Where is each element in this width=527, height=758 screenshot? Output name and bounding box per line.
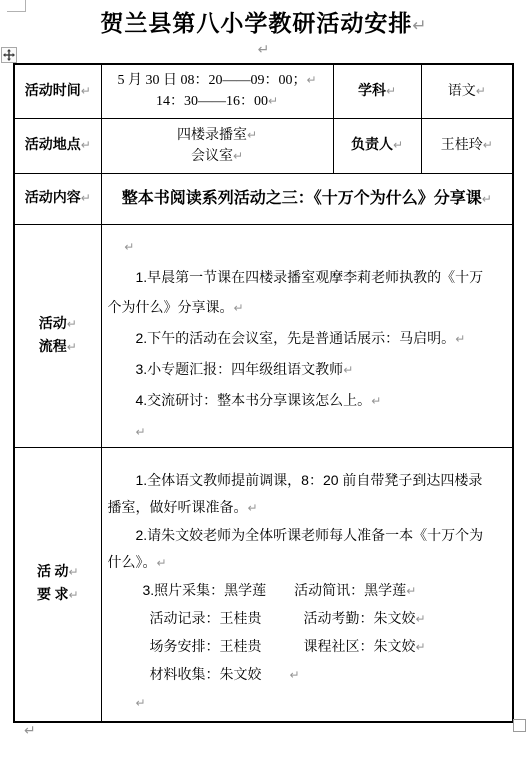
table-row: 活动↵流程↵ ↵1.早晨第一节课在四楼录播室观摩李莉老师执教的《十万个为什么》分… (14, 224, 513, 447)
pilcrow-icon: ↵ (343, 363, 353, 377)
pilcrow-icon: ↵ (67, 340, 77, 354)
text-line: 1.全体语文教师提前调课，8：20 前自带凳子到达四楼录 (108, 467, 507, 494)
activity-schedule-table: 活动时间↵ 5 月 30 日 08：20——09：00；↵14：30——16：0… (13, 63, 514, 723)
table-row: 活动内容↵ 整本书阅读系列活动之三：《十万个为什么》分享课↵ (14, 173, 513, 224)
table-row: 活动时间↵ 5 月 30 日 08：20——09：00；↵14：30——16：0… (14, 64, 513, 118)
text-line: 材料收集：朱文姣 ↵ (108, 661, 507, 689)
pilcrow-icon: ↵ (386, 84, 396, 98)
cell-activity-requirements-label[interactable]: 活 动↵要 求↵ (14, 447, 101, 722)
pilcrow-icon: ↵ (248, 501, 258, 515)
text-line: 活 动↵ (15, 561, 101, 584)
pilcrow-icon: ↵ (306, 73, 316, 87)
text-line: 活动内容↵ (15, 187, 101, 210)
pilcrow-icon: ↵ (371, 394, 381, 408)
cell-subject-label[interactable]: 学科↵ (333, 64, 421, 118)
text-line: 5 月 30 日 08：20——09：00；↵ (102, 70, 333, 91)
cell-activity-place-label[interactable]: 活动地点↵ (14, 118, 101, 173)
text-line: ↵ (108, 689, 507, 717)
table-move-handle[interactable] (1, 47, 17, 63)
cell-activity-flow-label[interactable]: 活动↵流程↵ (14, 224, 101, 447)
cell-activity-content-value[interactable]: 整本书阅读系列活动之三：《十万个为什么》分享课↵ (101, 173, 513, 224)
text-line: 活动时间↵ (15, 80, 101, 103)
cell-subject-value[interactable]: 语文↵ (421, 64, 513, 118)
pilcrow-icon: ↵ (136, 425, 146, 439)
pilcrow-icon: ↵ (68, 565, 78, 579)
text-line: 负责人↵ (334, 134, 421, 157)
text-line: 4.交流研讨：整本书分享课该怎么上。↵ (108, 385, 507, 416)
pilcrow-icon: ↵ (268, 94, 278, 108)
pilcrow-icon: ↵ (393, 138, 403, 152)
trailing-paragraph[interactable]: ↵ (24, 723, 36, 740)
pilcrow-icon: ↵ (234, 301, 244, 315)
pilcrow-icon: ↵ (81, 191, 91, 205)
text-line: 2.请朱文姣老师为全体听课老师每人准备一本《十万个为 (108, 522, 507, 549)
text-line: 3.小专题汇报：四年级组语文教师↵ (108, 354, 507, 385)
pilcrow-icon: ↵ (406, 584, 416, 598)
cell-activity-time-value[interactable]: 5 月 30 日 08：20——09：00；↵14：30——16：00↵ (101, 64, 333, 118)
text-line: 什么》。↵ (108, 549, 507, 577)
pilcrow-icon: ↵ (67, 317, 77, 331)
cell-manager-label[interactable]: 负责人↵ (333, 118, 421, 173)
text-line: 流程↵ (15, 336, 101, 359)
text-line: ↵ (108, 231, 507, 262)
cell-activity-flow-value[interactable]: ↵1.早晨第一节课在四楼录播室观摩李莉老师执教的《十万个为什么》分享课。↵2.下… (101, 224, 513, 447)
table-resize-handle[interactable] (513, 719, 526, 732)
pilcrow-icon: ↵ (247, 128, 257, 142)
text-line: 整本书阅读系列活动之三：《十万个为什么》分享课↵ (102, 188, 513, 210)
cell-activity-requirements-value[interactable]: 1.全体语文教师提前调课，8：20 前自带凳子到达四楼录播室，做好听课准备。↵2… (101, 447, 513, 722)
table-row: 活 动↵要 求↵ 1.全体语文教师提前调课，8：20 前自带凳子到达四楼录播室，… (14, 447, 513, 722)
pilcrow-icon: ↵ (81, 84, 91, 98)
text-line: 活动地点↵ (15, 134, 101, 157)
text-line: 语文↵ (422, 81, 513, 102)
pilcrow-icon: ↵ (136, 696, 146, 710)
text-line: 活动记录：王桂贵 活动考勤：朱文姣↵ (108, 605, 507, 633)
cell-activity-content-label[interactable]: 活动内容↵ (14, 173, 101, 224)
pilcrow-icon: ↵ (24, 723, 36, 739)
text-line: 要 求↵ (15, 584, 101, 607)
pilcrow-icon: ↵ (81, 138, 91, 152)
document-title-text: 贺兰县第八小学教研活动安排 (100, 10, 412, 36)
text-line: 场务安排：王桂贵 课程社区：朱文姣↵ (108, 633, 507, 661)
pilcrow-icon: ↵ (482, 192, 492, 206)
table-row: 活动地点↵ 四楼录播室↵会议室↵ 负责人↵ 王桂玲↵ (14, 118, 513, 173)
text-line: 四楼录播室↵ (102, 125, 333, 146)
move-cross-icon (3, 49, 15, 61)
cell-manager-value[interactable]: 王桂玲↵ (421, 118, 513, 173)
document-title[interactable]: 贺兰县第八小学教研活动安排↵ (0, 8, 527, 41)
pilcrow-icon: ↵ (455, 332, 465, 346)
cell-activity-place-value[interactable]: 四楼录播室↵会议室↵ (101, 118, 333, 173)
text-line: 个为什么》分享课。↵ (108, 292, 507, 323)
text-line: 学科↵ (334, 80, 421, 103)
pilcrow-icon: ↵ (124, 240, 134, 254)
text-line: 3.照片采集：黑学莲 活动简讯：黑学莲↵ (108, 577, 507, 605)
cell-activity-time-label[interactable]: 活动时间↵ (14, 64, 101, 118)
text-line: 1.早晨第一节课在四楼录播室观摩李莉老师执教的《十万 (108, 262, 507, 292)
pilcrow-icon: ↵ (416, 640, 426, 654)
pilcrow-icon: ↵ (157, 556, 167, 570)
text-line: 14：30——16：00↵ (102, 91, 333, 112)
pilcrow-icon: ↵ (258, 42, 270, 58)
pilcrow-icon: ↵ (290, 668, 300, 682)
empty-paragraph[interactable]: ↵ (0, 41, 527, 60)
text-line: 王桂玲↵ (422, 135, 513, 156)
text-line: 活动↵ (15, 313, 101, 336)
text-line: ↵ (108, 416, 507, 447)
pilcrow-icon: ↵ (476, 84, 486, 98)
pilcrow-icon: ↵ (412, 16, 426, 36)
pilcrow-icon: ↵ (483, 138, 493, 152)
pilcrow-icon: ↵ (68, 588, 78, 602)
text-line: 会议室↵ (102, 146, 333, 167)
text-line: 播室，做好听课准备。↵ (108, 494, 507, 522)
pilcrow-icon: ↵ (416, 612, 426, 626)
text-line: 2.下午的活动在会议室，先是普通话展示：马启明。↵ (108, 323, 507, 354)
pilcrow-icon: ↵ (233, 149, 243, 163)
word-document-page[interactable]: 贺兰县第八小学教研活动安排↵ ↵ 活动时间↵ 5 月 30 日 08：20——0… (0, 0, 527, 758)
